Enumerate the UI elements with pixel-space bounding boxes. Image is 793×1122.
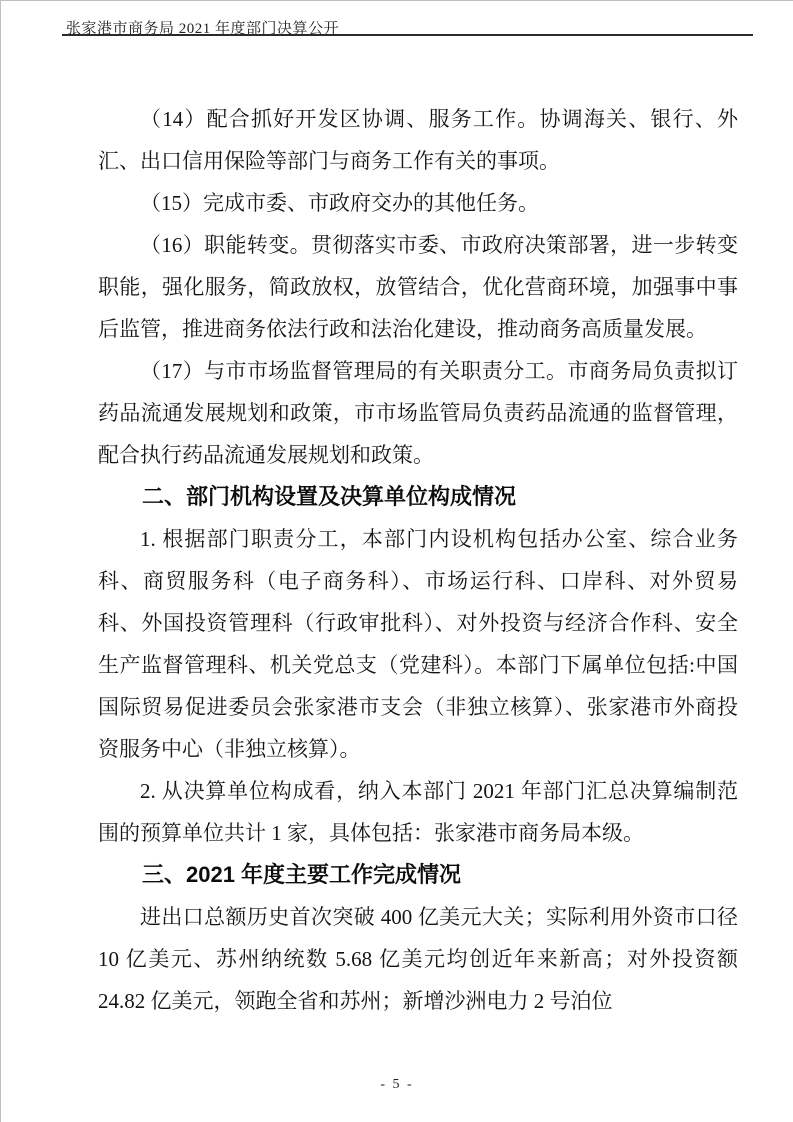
- page-number: - 5 -: [1, 1077, 793, 1093]
- paragraph-work-summary: 进出口总额历史首次突破 400 亿美元大关；实际利用外资市口径 10 亿美元、苏…: [98, 896, 738, 1022]
- paragraph-item-15: （15）完成市委、市政府交办的其他任务。: [98, 182, 738, 224]
- paragraph-item-16: （16）职能转变。贯彻落实市委、市政府决策部署，进一步转变职能，强化服务，简政放…: [98, 224, 738, 350]
- section-heading-2: 二、部门机构设置及决算单位构成情况: [98, 476, 738, 518]
- paragraph-org-setup: 1. 根据部门职责分工，本部门内设机构包括办公室、综合业务科、商贸服务科（电子商…: [98, 518, 738, 770]
- paragraph-item-17: （17）与市市场监督管理局的有关职责分工。市商务局负责拟订药品流通发展规划和政策…: [98, 350, 738, 476]
- document-page: 张家港市商务局 2021 年度部门决算公开 （14）配合抓好开发区协调、服务工作…: [0, 0, 793, 1122]
- document-body: （14）配合抓好开发区协调、服务工作。协调海关、银行、外汇、出口信用保险等部门与…: [98, 98, 738, 1022]
- header-rule-divider: [62, 34, 753, 36]
- paragraph-item-14: （14）配合抓好开发区协调、服务工作。协调海关、银行、外汇、出口信用保险等部门与…: [98, 98, 738, 182]
- paragraph-unit-composition: 2. 从决算单位构成看，纳入本部门 2021 年部门汇总决算编制范围的预算单位共…: [98, 770, 738, 854]
- section-heading-3: 三、2021 年度主要工作完成情况: [98, 854, 738, 896]
